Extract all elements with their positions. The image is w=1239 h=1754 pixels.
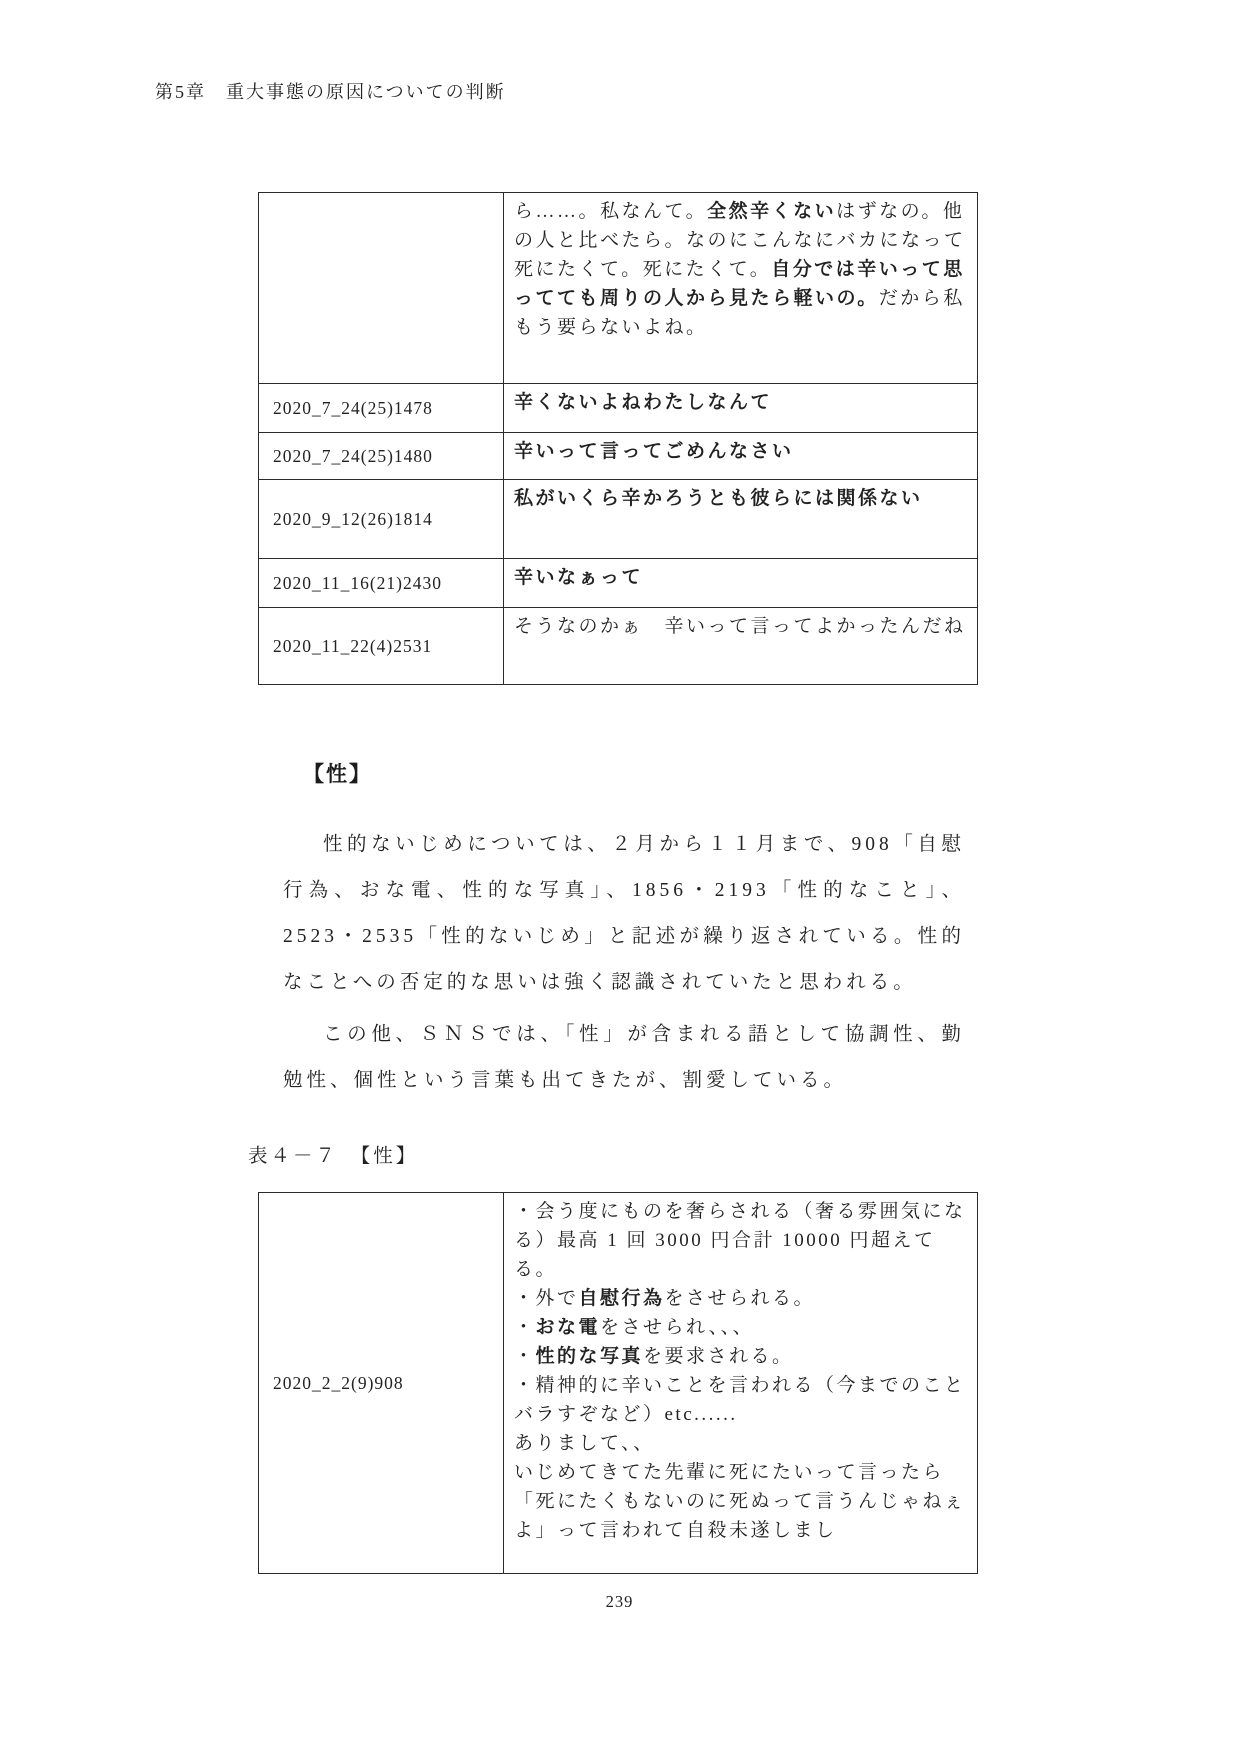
record-id-cell: 2020_11_22(4)2531 (259, 608, 504, 685)
quote-cell: そうなのかぁ 辛いって言ってよかったんだね (504, 608, 978, 685)
record-id-cell: 2020_2_2(9)908 (259, 1193, 504, 1574)
table-row: 2020_7_24(25)1480 辛いって言ってごめんなさい (259, 433, 978, 480)
quote-cell: ら……。私なんて。全然辛くないはずなの。他の人と比べたら。なのにこんなにバカにな… (504, 193, 978, 384)
table-caption: 表４－７ 【性】 (248, 1140, 418, 1168)
table-row: 2020_2_2(9)908 ・会う度にものを奢らされる（奢る雰囲気になる）最高… (259, 1193, 978, 1574)
table-row: 2020_11_22(4)2531 そうなのかぁ 辛いって言ってよかったんだね (259, 608, 978, 685)
body-paragraph: この他、ＳＮＳでは、「性」が含まれる語として協調性、勤勉性、個性という言葉も出て… (283, 1012, 965, 1104)
record-id-cell: 2020_7_24(25)1480 (259, 433, 504, 480)
page-number: 239 (0, 1592, 1239, 1612)
quote-cell: 辛いなぁって (504, 559, 978, 608)
section-heading-sei: 【性】 (303, 758, 372, 788)
record-id-cell: 2020_9_12(26)1814 (259, 480, 504, 559)
chapter-header: 第5章 重大事態の原因についての判断 (155, 78, 506, 104)
quotes-table-suffering: ら……。私なんて。全然辛くないはずなの。他の人と比べたら。なのにこんなにバカにな… (258, 192, 978, 685)
record-id-cell (259, 193, 504, 384)
quote-cell: 辛くないよねわたしなんて (504, 384, 978, 433)
document-page: 第5章 重大事態の原因についての判断 ら……。私なんて。全然辛くないはずなの。他… (0, 0, 1239, 1754)
quote-cell: 私がいくら辛かろうとも彼らには関係ない (504, 480, 978, 559)
body-paragraph: 性的ないじめについては、２月から１１月まで、908「自慰行為、おな電、性的な写真… (283, 822, 965, 1006)
record-id-cell: 2020_11_16(21)2430 (259, 559, 504, 608)
quotes-table-sei: 2020_2_2(9)908 ・会う度にものを奢らされる（奢る雰囲気になる）最高… (258, 1192, 978, 1574)
quote-cell: ・会う度にものを奢らされる（奢る雰囲気になる）最高 1 回 3000 円合計 1… (504, 1193, 978, 1574)
quote-cell: 辛いって言ってごめんなさい (504, 433, 978, 480)
table-row: 2020_9_12(26)1814 私がいくら辛かろうとも彼らには関係ない (259, 480, 978, 559)
record-id-cell: 2020_7_24(25)1478 (259, 384, 504, 433)
table-row: ら……。私なんて。全然辛くないはずなの。他の人と比べたら。なのにこんなにバカにな… (259, 193, 978, 384)
table-row: 2020_7_24(25)1478 辛くないよねわたしなんて (259, 384, 978, 433)
table-row: 2020_11_16(21)2430 辛いなぁって (259, 559, 978, 608)
